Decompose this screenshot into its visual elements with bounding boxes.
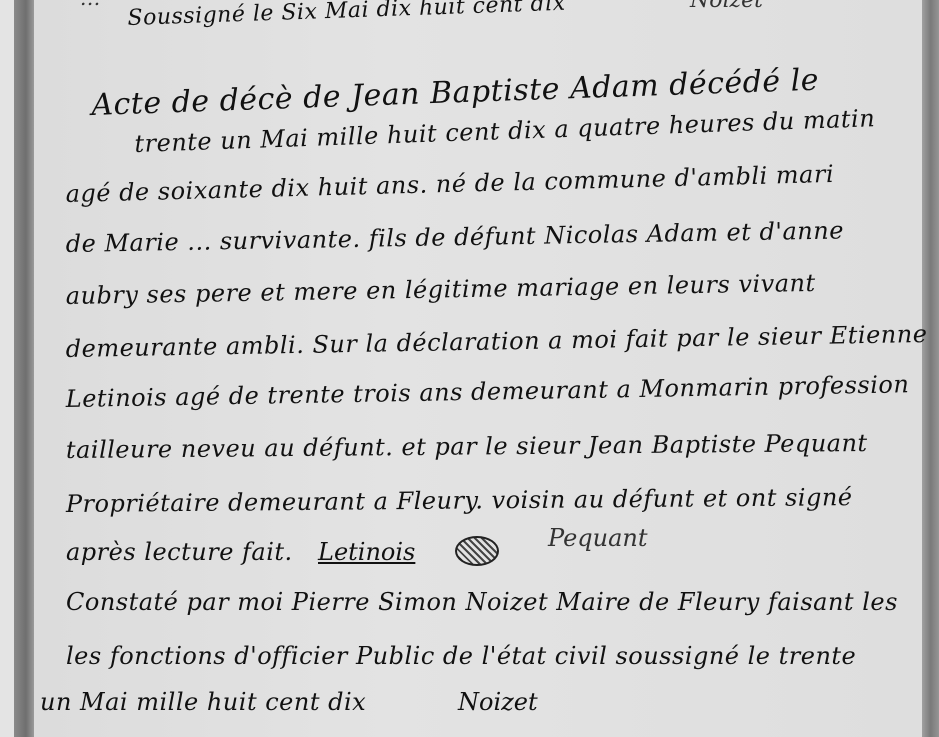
text-line-officer: les fonctions d'officier Public de l'éta… xyxy=(66,642,856,670)
text-line-mayor: Constaté par moi Pierre Simon Noizet Mai… xyxy=(66,588,898,616)
binding-shadow xyxy=(14,0,34,737)
left-margin xyxy=(0,0,14,737)
signature-pequant: Pequant xyxy=(548,524,648,552)
signature-noizet-mayor: Noizet xyxy=(458,688,538,716)
right-page-edge xyxy=(922,0,939,737)
signature-letinois: Letinois xyxy=(318,538,415,566)
signature-noizet-top: Noizet xyxy=(690,0,763,13)
text-line-after-reading: après lecture fait. xyxy=(66,538,293,566)
text-line-cutoff: ... xyxy=(80,0,101,10)
text-line-closing-date: un Mai mille huit cent dix xyxy=(40,688,366,716)
signature-flourish-icon xyxy=(455,536,499,566)
